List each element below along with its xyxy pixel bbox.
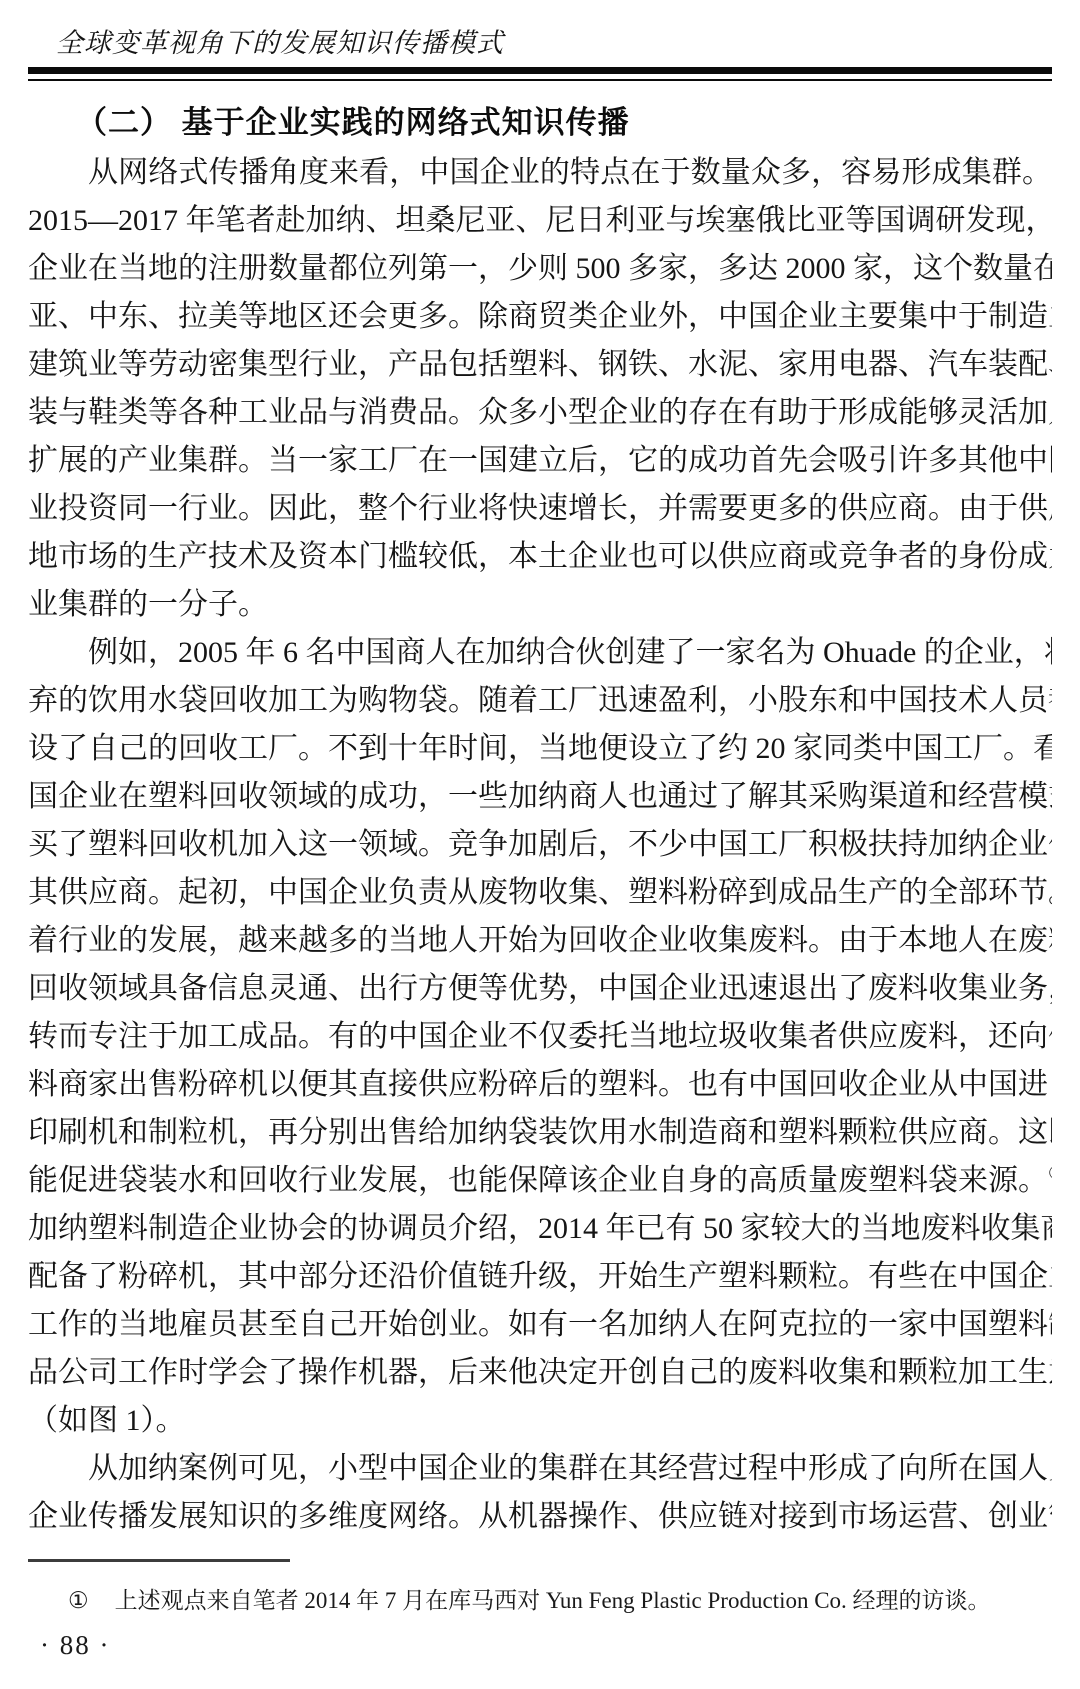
text-line: 国企业在塑料回收领域的成功，一些加纳商人也通过了解其采购渠道和经营模式购 — [28, 773, 1052, 821]
page-number: · 88 · — [40, 1630, 110, 1661]
text-line: 配备了粉碎机，其中部分还沿价值链升级，开始生产塑料颗粒。有些在中国企业 — [28, 1253, 1052, 1301]
text-line: 企业传播发展知识的多维度网络。从机器操作、供应链对接到市场运营、创业管理， — [28, 1493, 1052, 1541]
text-line: 加纳塑料制造企业协会的协调员介绍，2014 年已有 50 家较大的当地废料收集商 — [28, 1205, 1052, 1253]
footnote: ①上述观点来自笔者 2014 年 7 月在库马西对 Yun Feng Plast… — [68, 1586, 1028, 1616]
text-line: 2015—2017 年笔者赴加纳、坦桑尼亚、尼日利亚与埃塞俄比亚等国调研发现，中… — [28, 197, 1052, 245]
document-page: 全球变革视角下的发展知识传播模式 （二） 基于企业实践的网络式知识传播 从网络式… — [0, 0, 1080, 1689]
text-line: 弃的饮用水袋回收加工为购物袋。随着工厂迅速盈利，小股东和中国技术人员都开 — [28, 677, 1052, 725]
text-line: 地市场的生产技术及资本门槛较低，本土企业也可以供应商或竞争者的身份成为产 — [28, 533, 1052, 581]
text-line: （如图 1）。 — [28, 1397, 1052, 1445]
text-line: 业集群的一分子。 — [28, 581, 1052, 629]
text-line: 亚、中东、拉美等地区还会更多。除商贸类企业外，中国企业主要集中于制造业与 — [28, 293, 1052, 341]
text-line: 料商家出售粉碎机以便其直接供应粉碎后的塑料。也有中国回收企业从中国进口 — [28, 1061, 1052, 1109]
footnote-text: 上述观点来自笔者 2014 年 7 月在库马西对 Yun Feng Plasti… — [115, 1588, 991, 1613]
text-line: 装与鞋类等各种工业品与消费品。众多小型企业的存在有助于形成能够灵活加入和 — [28, 389, 1052, 437]
text-line: 工作的当地雇员甚至自己开始创业。如有一名加纳人在阿克拉的一家中国塑料制 — [28, 1301, 1052, 1349]
page-header: 全球变革视角下的发展知识传播模式 — [28, 0, 1052, 81]
text-line: 回收领域具备信息灵通、出行方便等优势，中国企业迅速退出了废料收集业务， — [28, 965, 1052, 1013]
text-line: 其供应商。起初，中国企业负责从废物收集、塑料粉碎到成品生产的全部环节。随 — [28, 869, 1052, 917]
text-line: 着行业的发展，越来越多的当地人开始为回收企业收集废料。由于本地人在废料 — [28, 917, 1052, 965]
running-header-title: 全球变革视角下的发展知识传播模式 — [56, 0, 1052, 58]
text-line: 转而专注于加工成品。有的中国企业不仅委托当地垃圾收集者供应废料，还向供 — [28, 1013, 1052, 1061]
footnote-reference: ① — [1048, 1163, 1052, 1183]
text-line: 业投资同一行业。因此，整个行业将快速增长，并需要更多的供应商。由于供应本 — [28, 485, 1052, 533]
header-rule-thin — [28, 79, 1052, 81]
text-line: 能促进袋装水和回收行业发展，也能保障该企业自身的高质量废塑料袋来源。① 据 — [28, 1157, 1052, 1205]
body-paragraphs: 从网络式传播角度来看，中国企业的特点在于数量众多，容易形成集群。2015—201… — [28, 149, 1052, 1541]
page-body: （二） 基于企业实践的网络式知识传播 从网络式传播角度来看，中国企业的特点在于数… — [28, 104, 1052, 1541]
header-rule-thick — [28, 67, 1052, 74]
footnote-marker: ① — [68, 1588, 89, 1613]
text-line: 设了自己的回收工厂。不到十年时间，当地便设立了约 20 家同类中国工厂。看到中 — [28, 725, 1052, 773]
paragraph: 从加纳案例可见，小型中国企业的集群在其经营过程中形成了向所在国人员和企业传播发展… — [28, 1445, 1052, 1541]
text-line: 企业在当地的注册数量都位列第一，少则 500 多家，多达 2000 家，这个数量… — [28, 245, 1052, 293]
footnote-separator-rule — [28, 1559, 290, 1562]
text-line: 建筑业等劳动密集型行业，产品包括塑料、钢铁、水泥、家用电器、汽车装配、服 — [28, 341, 1052, 389]
section-heading: （二） 基于企业实践的网络式知识传播 — [28, 104, 1052, 141]
text-line: 例如，2005 年 6 名中国商人在加纳合伙创建了一家名为 Ohuade 的企业… — [28, 629, 1052, 677]
paragraph: 例如，2005 年 6 名中国商人在加纳合伙创建了一家名为 Ohuade 的企业… — [28, 629, 1052, 1445]
paragraph: 从网络式传播角度来看，中国企业的特点在于数量众多，容易形成集群。2015—201… — [28, 149, 1052, 629]
text-line: 从加纳案例可见，小型中国企业的集群在其经营过程中形成了向所在国人员和 — [28, 1445, 1052, 1493]
text-line: 从网络式传播角度来看，中国企业的特点在于数量众多，容易形成集群。 — [28, 149, 1052, 197]
text-line: 品公司工作时学会了操作机器，后来他决定开创自己的废料收集和颗粒加工生意 — [28, 1349, 1052, 1397]
text-line: 买了塑料回收机加入这一领域。竞争加剧后，不少中国工厂积极扶持加纳企业作为 — [28, 821, 1052, 869]
text-line: 印刷机和制粒机，再分别出售给加纳袋装饮用水制造商和塑料颗粒供应商。这既 — [28, 1109, 1052, 1157]
text-line: 扩展的产业集群。当一家工厂在一国建立后，它的成功首先会吸引许多其他中国企 — [28, 437, 1052, 485]
